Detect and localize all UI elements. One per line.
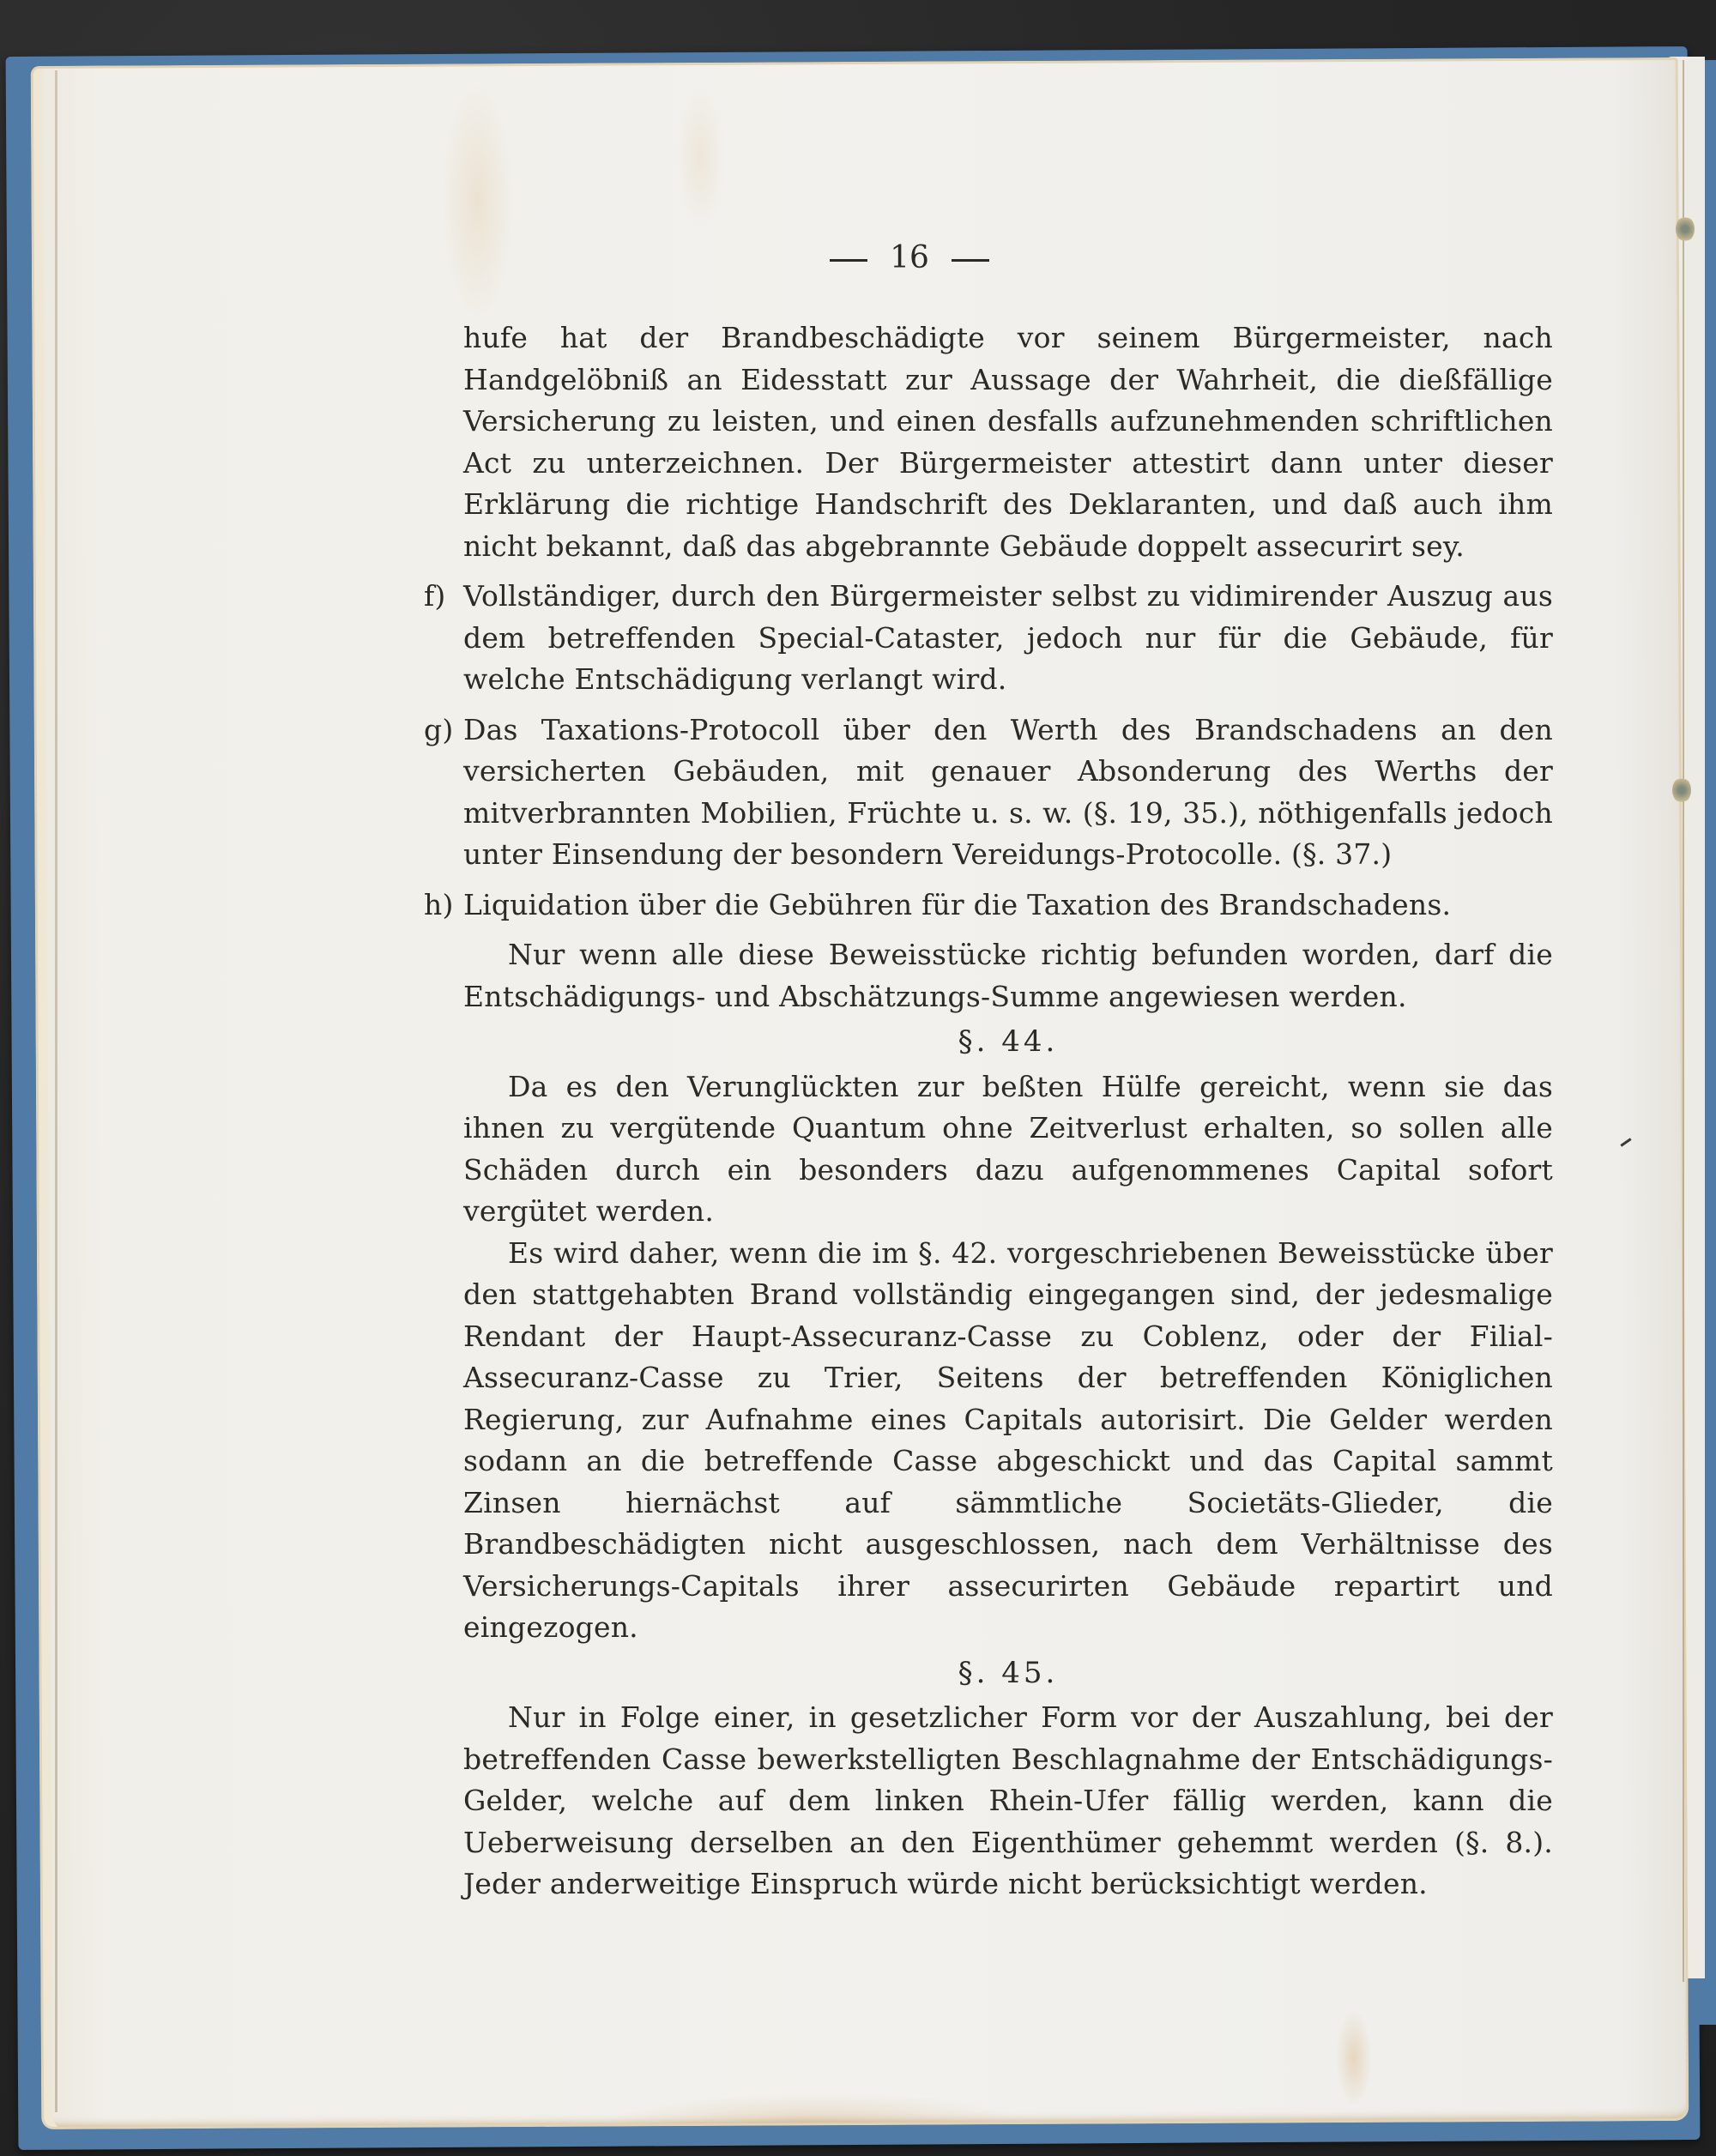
list-item-f: f) Vollständiger, durch den Bürgermeiste…: [463, 576, 1553, 701]
page-number-dash-left: [830, 259, 867, 262]
list-item-text: Liquidation über die Gebühren für die Ta…: [463, 885, 1451, 927]
list-item-label: g): [424, 710, 463, 752]
page-number-dash-right: [952, 259, 989, 262]
section-44-paragraph-2: Es wird daher, wenn die im §. 42. vorges…: [463, 1233, 1553, 1649]
section-heading-45: §. 45.: [463, 1652, 1553, 1694]
list-item-text: Das Taxations-Protocoll über den Werth d…: [463, 710, 1553, 876]
intro-paragraph: hufe hat der Brandbeschädigte vor seinem…: [463, 317, 1553, 567]
page-number-header: 16: [0, 240, 1716, 275]
list-item-g: g) Das Taxations-Protocoll über den Wert…: [463, 710, 1553, 876]
page-body: hufe hat der Brandbeschädigte vor seinem…: [463, 317, 1553, 1905]
section-44-paragraph-1: Da es den Verunglückten zur beßten Hülfe…: [463, 1066, 1553, 1233]
binding-thread-knot: [1676, 216, 1695, 242]
list-item-h: h) Liquidation über die Gebühren für die…: [463, 885, 1553, 927]
page-stack-edge: [55, 70, 57, 2112]
list-item-label: h): [424, 885, 463, 927]
section-45-paragraph-1: Nur in Folge einer, in gesetzlicher Form…: [463, 1697, 1553, 1905]
section-heading-44: §. 44.: [463, 1021, 1553, 1063]
evidence-list: f) Vollständiger, durch den Bürgermeiste…: [463, 576, 1553, 926]
page-number: 16: [890, 240, 929, 275]
binding-gutter: [1683, 60, 1684, 1982]
closing-paragraph: Nur wenn alle diese Beweisstücke richtig…: [463, 934, 1553, 1018]
list-item-label: f): [424, 576, 463, 618]
list-item-text: Vollständiger, durch den Bürgermeister s…: [463, 576, 1553, 701]
binding-thread-knot: [1672, 777, 1691, 803]
